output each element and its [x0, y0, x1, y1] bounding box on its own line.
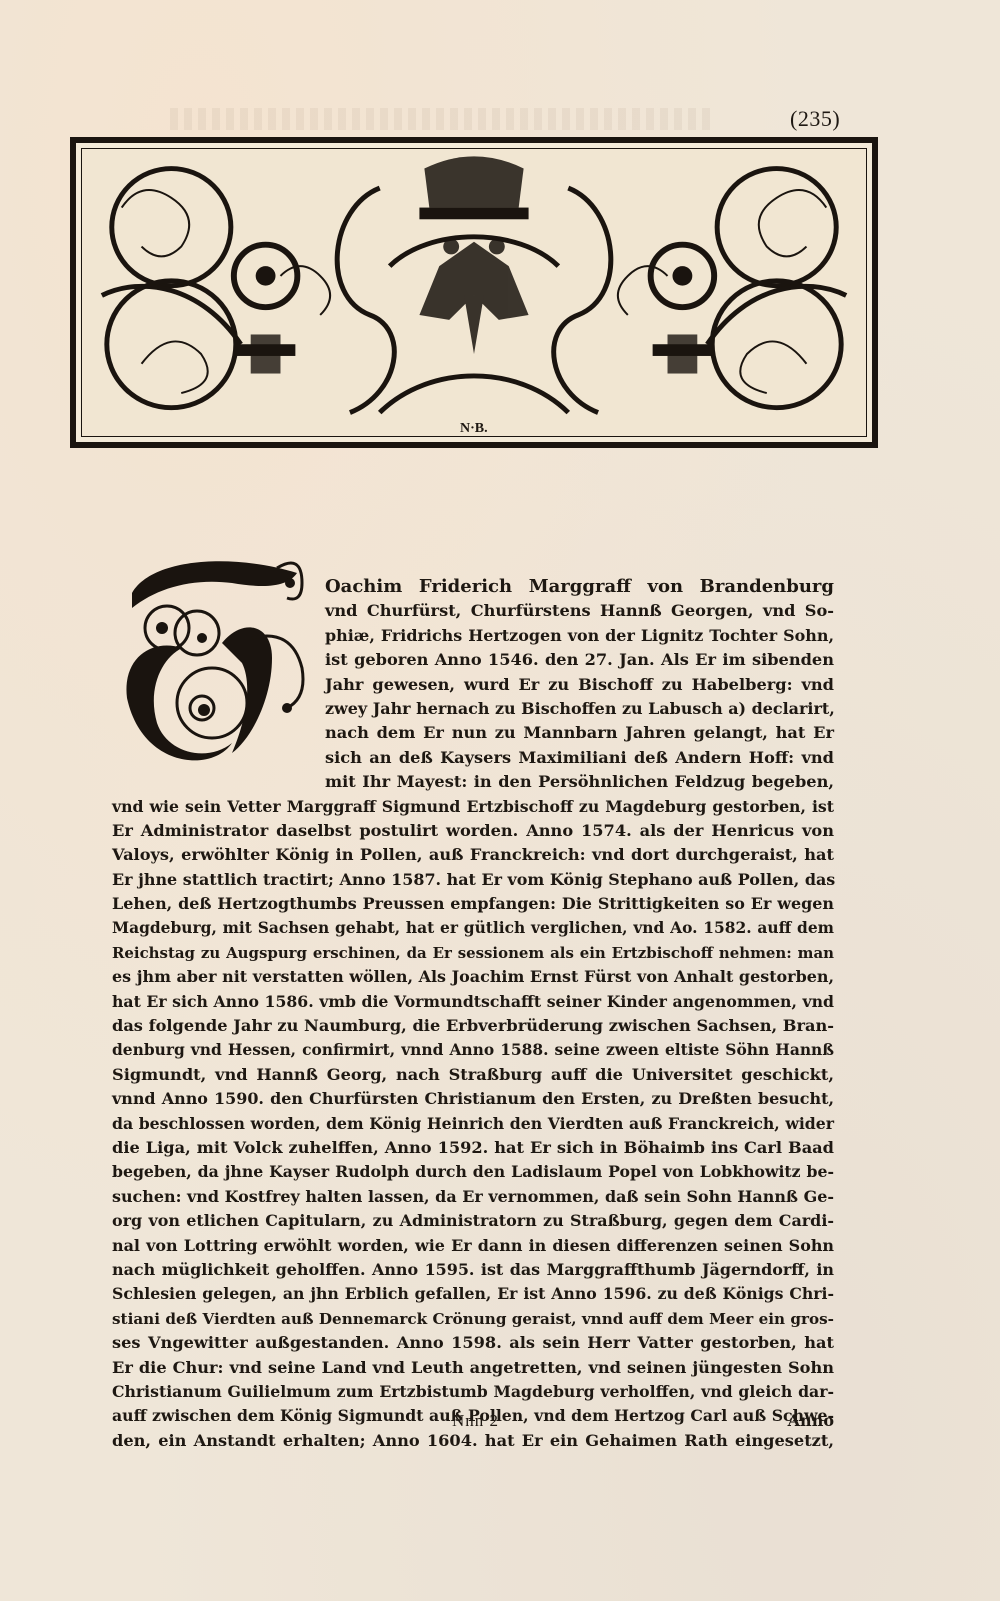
- text-line: ses Vngewitter außgestanden. Anno 1598. …: [112, 1331, 834, 1355]
- text-line: zwey Jahr hernach zu Bischoffen zu Labus…: [325, 697, 834, 721]
- text-line: Reichstag zu Augspurg erschinen, da Er s…: [112, 941, 834, 965]
- text-line: nach dem Er nun zu Mannbarn Jahren gelan…: [325, 721, 834, 745]
- text-line: die Liga, mit Volck zuhelffen, Anno 1592…: [112, 1136, 834, 1160]
- page-footer: Nnn 2 Anno: [112, 1411, 834, 1435]
- text-line: ist geboren Anno 1546. den 27. Jan. Als …: [325, 648, 834, 672]
- text-line: das folgende Jahr zu Naumburg, die Erbve…: [112, 1014, 834, 1038]
- text-line: vnd wie sein Vetter Marggraff Sigmund Er…: [112, 795, 834, 819]
- text-line: phiæ, Fridrichs Hertzogen von der Lignit…: [325, 624, 834, 648]
- text-line: Schlesien gelegen, an jhn Erblich gefall…: [112, 1282, 834, 1306]
- text-line: Er jhne stattlich tractirt; Anno 1587. h…: [112, 868, 834, 892]
- catchword: Anno: [788, 1411, 834, 1430]
- text-line: Sigmundt, vnd Hannß Georg, nach Straßbur…: [112, 1063, 834, 1087]
- crown-icon: [419, 156, 528, 219]
- text-line: Er Administrator daselbst postulirt word…: [112, 819, 834, 843]
- text-line: Jahr gewesen, wurd Er zu Bischoff zu Hab…: [325, 673, 834, 697]
- acanthus-scroll-icon: [82, 149, 866, 436]
- text-line: es jhm aber nit verstatten wöllen, Als J…: [112, 965, 834, 989]
- text-line: sich an deß Kaysers Maximiliani deß Ande…: [325, 746, 834, 770]
- engraver-signature: N·B.: [460, 421, 488, 437]
- text-line: Valoys, erwöhlter König in Pollen, auß F…: [112, 843, 834, 867]
- text-line: vnd Churfürst, Churfürstens Hannß George…: [325, 599, 834, 623]
- ornamental-headpiece: [70, 137, 878, 448]
- text-line: Er die Chur: vnd seine Land vnd Leuth an…: [112, 1356, 834, 1380]
- text-line: Magdeburg, mit Sachsen gehabt, hat er gü…: [112, 916, 834, 940]
- text-line: Christianum Guilielmum zum Ertzbistumb M…: [112, 1380, 834, 1404]
- text-line: da beschlossen worden, dem König Heinric…: [112, 1112, 834, 1136]
- text-line: vnnd Anno 1590. den Churfürsten Christia…: [112, 1087, 834, 1111]
- page-number: (235): [790, 106, 840, 132]
- text-line: nach müglichkeit geholffen. Anno 1595. i…: [112, 1258, 834, 1282]
- text-line: org von etlichen Capitularn, zu Administ…: [112, 1209, 834, 1233]
- text-line: begeben, da jhne Kayser Rudolph durch de…: [112, 1160, 834, 1184]
- text-line: suchen: vnd Kostfrey halten lassen, da E…: [112, 1185, 834, 1209]
- double-headed-eagle-icon: [419, 239, 528, 354]
- signature-mark: Nnn 2: [452, 1411, 499, 1431]
- text-line: Oachim Friderich Marggraff von Brandenbu…: [325, 575, 834, 599]
- text-line: stiani deß Vierdten auß Dennemarck Crönu…: [112, 1307, 834, 1331]
- text-line: Lehen, deß Hertzogthumbs Preussen empfan…: [112, 892, 834, 916]
- body-text: Oachim Friderich Marggraff von Brandenbu…: [112, 575, 834, 1453]
- text-line: denburg vnd Hessen, confirmirt, vnnd Ann…: [112, 1038, 834, 1062]
- bleed-through-running-head: [170, 108, 710, 130]
- text-line: nal von Lottring erwöhlt worden, wie Er …: [112, 1234, 834, 1258]
- text-line: mit Ihr Mayest: in den Persöhnlichen Fel…: [325, 770, 834, 794]
- text-line: hat Er sich Anno 1586. vmb die Vormundts…: [112, 990, 834, 1014]
